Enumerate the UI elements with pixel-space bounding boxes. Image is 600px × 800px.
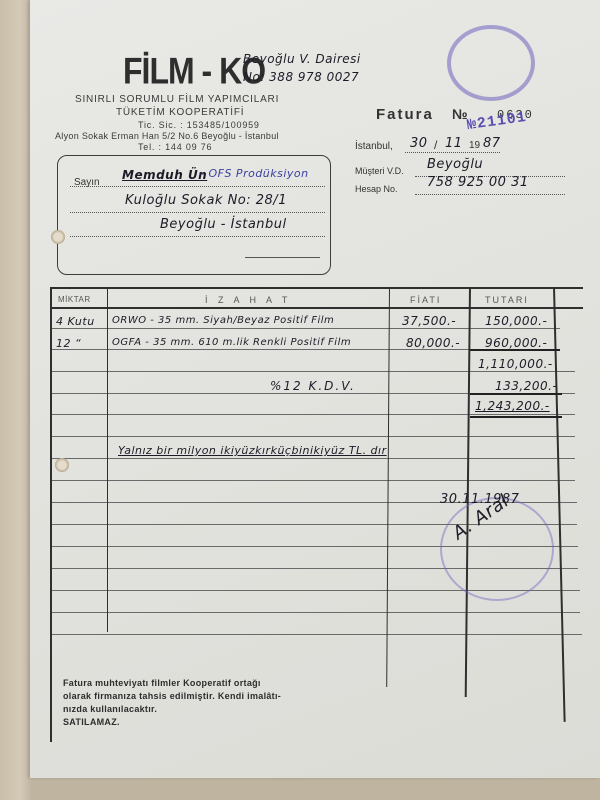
customer-line-2: Kuloğlu Sokak No: 28/1 bbox=[70, 194, 325, 213]
row1-quantity: 4 Kutu bbox=[56, 315, 95, 328]
account-value: 758 925 00 31 bbox=[427, 175, 529, 190]
footer-line-2: olarak firmanıza tahsis edilmiştir. Kend… bbox=[63, 690, 281, 703]
row2-price: 80,000.- bbox=[406, 336, 460, 350]
header-divider bbox=[50, 307, 583, 309]
date-year-suffix: 87 bbox=[483, 136, 501, 151]
company-line-1: SINIRLI SORUMLU FİLM YAPIMCILARI bbox=[75, 94, 279, 105]
vat-amount: 133,200.- bbox=[495, 379, 557, 393]
vat-label: %12 K.D.V. bbox=[270, 379, 356, 393]
date-year-prefix: 19 bbox=[469, 140, 480, 151]
subtotal-rule bbox=[470, 349, 560, 351]
customer-name-extra: - OFS Prodüksiyon bbox=[200, 167, 309, 180]
row-line bbox=[50, 436, 575, 437]
total-rule bbox=[470, 393, 562, 395]
tax-office-value: Beyoğlu bbox=[427, 157, 483, 172]
invoice-table: MİKTAR İ Z A H A T FİATI TUTARI 4 Kutu O… bbox=[50, 287, 583, 742]
row1-description: ORWO - 35 mm. Siyah/Beyaz Positif Film bbox=[112, 315, 334, 326]
customer-line-3: Beyoğlu - İstanbul bbox=[70, 218, 325, 237]
header-description: İ Z A H A T bbox=[205, 295, 291, 305]
row-line bbox=[50, 612, 580, 613]
table-right-border bbox=[553, 287, 565, 722]
table-left-border bbox=[50, 287, 52, 742]
tax-number-handwritten: No: 388 978 0027 bbox=[243, 70, 359, 84]
account-field: 758 925 00 31 bbox=[415, 178, 565, 195]
grand-total: 1,243,200.- bbox=[475, 399, 550, 413]
row-line bbox=[50, 371, 575, 372]
row1-total: 150,000.- bbox=[485, 314, 547, 328]
customer-address-2: Beyoğlu - İstanbul bbox=[160, 217, 287, 232]
row1-price: 37,500.- bbox=[402, 314, 456, 328]
row2-description: OGFA - 35 mm. 610 m.lik Renkli Positif F… bbox=[112, 337, 351, 348]
date-field: 30 / 11 19 87 bbox=[405, 138, 500, 153]
company-line-2: TÜKETİM KOOPERATİFİ bbox=[116, 107, 244, 118]
footer-line-1: Fatura muhteviyatı filmler Kooperatif or… bbox=[63, 677, 281, 690]
footer-line-3: nızda kullanılacaktır. bbox=[63, 703, 281, 716]
customer-name: Memduh Ün bbox=[122, 168, 207, 182]
table-top-border bbox=[50, 287, 583, 289]
header-price: FİATI bbox=[410, 295, 441, 305]
subtotal-amount: 1,110,000.- bbox=[478, 357, 553, 371]
amount-in-words: Yalnız bir milyon ikiyüzkırküçbinikiyüz … bbox=[118, 444, 387, 457]
trade-registry: Tic. Sic. : 153485/100959 bbox=[138, 120, 260, 130]
footer-notice: Fatura muhteviyatı filmler Kooperatif or… bbox=[63, 677, 281, 729]
row-line bbox=[50, 414, 575, 415]
invoice-number-sign: № bbox=[452, 106, 468, 122]
tax-office-label: Müşteri V.D. bbox=[355, 166, 404, 176]
row-line bbox=[50, 634, 582, 635]
address-underline bbox=[245, 257, 320, 258]
col-divider-qty bbox=[107, 287, 108, 632]
invoice-title: Fatura bbox=[376, 106, 434, 123]
header-quantity: MİKTAR bbox=[58, 295, 91, 304]
company-address: Alyon Sokak Erman Han 5/2 No.6 Beyoğlu -… bbox=[55, 131, 279, 141]
cooperative-stamp-top bbox=[447, 25, 535, 101]
row-line bbox=[50, 328, 560, 329]
row2-total: 960,000.- bbox=[485, 336, 547, 350]
row-line bbox=[50, 480, 575, 481]
date-day: 30 bbox=[410, 136, 428, 151]
account-label: Hesap No. bbox=[355, 184, 398, 194]
customer-line-1: Memduh Ün - OFS Prodüksiyon bbox=[70, 170, 325, 187]
binder-hole-top bbox=[51, 230, 65, 244]
customer-address-1: Kuloğlu Sokak No: 28/1 bbox=[125, 193, 287, 208]
col-divider-desc bbox=[386, 287, 390, 687]
row-line bbox=[50, 458, 575, 459]
row2-quantity: 12 “ bbox=[56, 337, 81, 350]
company-phone: Tel. : 144 09 76 bbox=[138, 142, 212, 152]
date-sep: / bbox=[434, 138, 437, 152]
footer-line-4: SATILAMAZ. bbox=[63, 716, 281, 729]
tax-office-handwritten: Beyoğlu V. Dairesi bbox=[243, 52, 361, 66]
header-total: TUTARI bbox=[485, 295, 529, 305]
city-label: İstanbul, bbox=[355, 141, 393, 152]
date-month: 11 bbox=[445, 136, 463, 151]
binder-hole-bottom bbox=[55, 458, 69, 472]
grand-total-double-rule bbox=[470, 416, 562, 418]
